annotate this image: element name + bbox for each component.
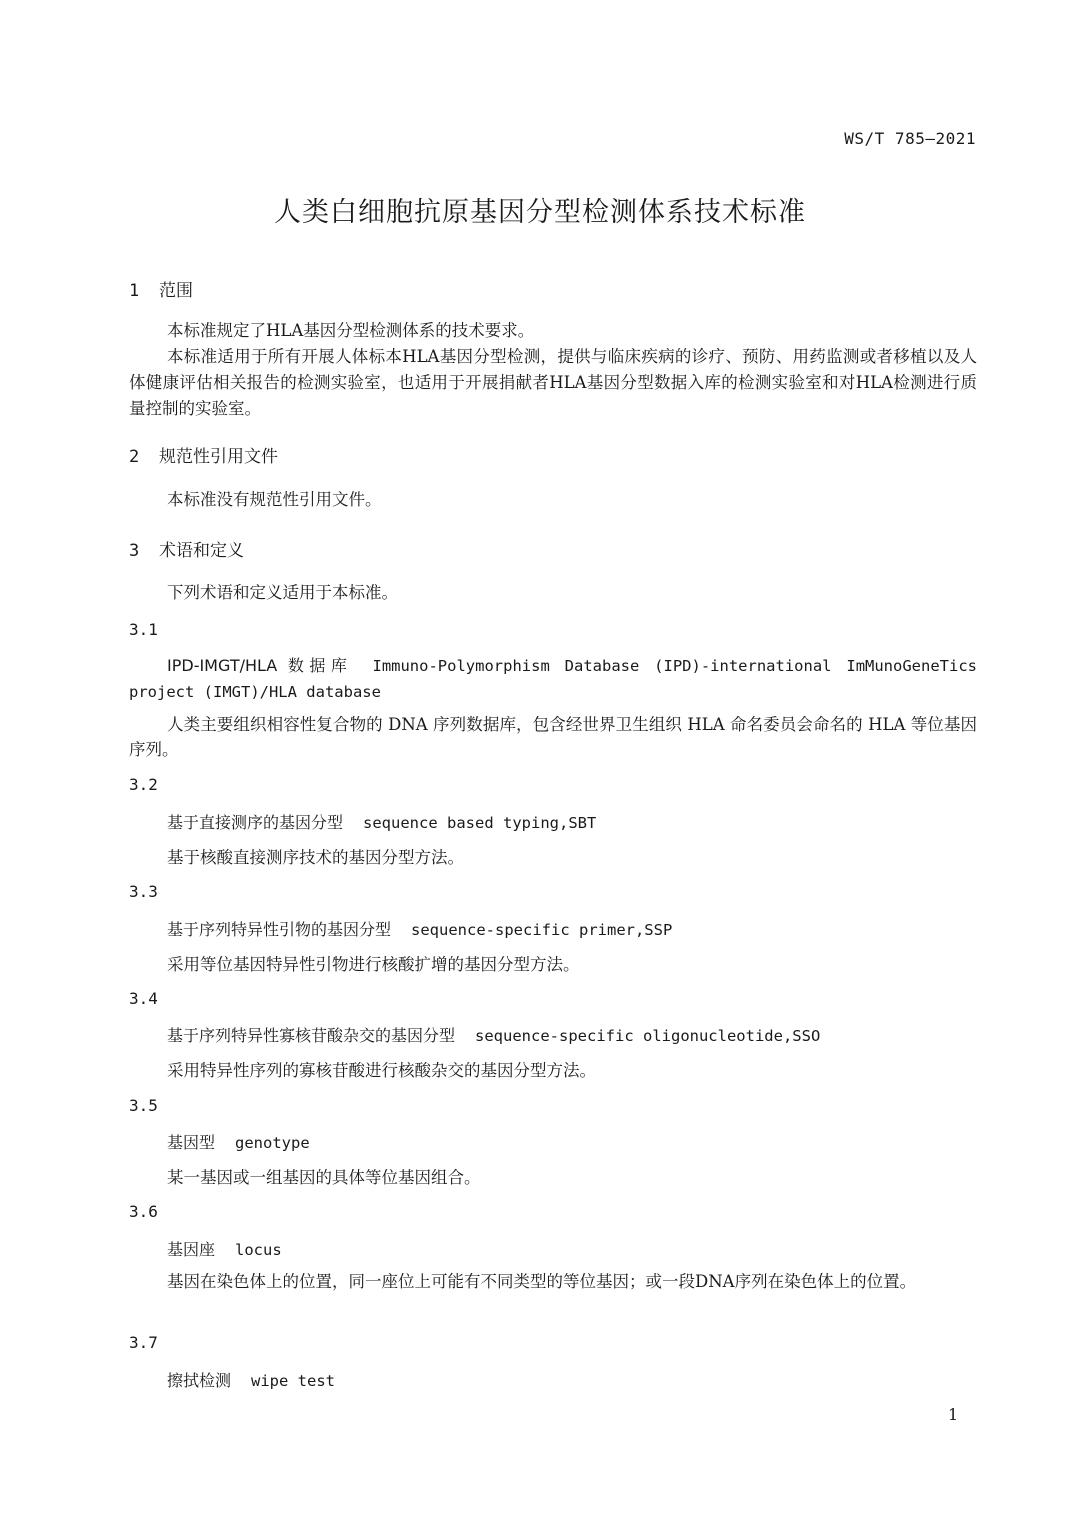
clause-number: 3.1 <box>129 620 158 639</box>
clause-number: 3.7 <box>129 1333 158 1352</box>
section-2-paragraph: 本标准没有规范性引用文件。 <box>129 487 977 512</box>
term-en: sequence-specific oligonucleotide,SSO <box>475 1027 820 1045</box>
section-2-heading: 2规范性引用文件 <box>129 442 278 467</box>
term-en: genotype <box>235 1134 310 1152</box>
term-zh: IPD-IMGT/HLA 数据库 <box>167 656 352 675</box>
section-number: 2 <box>129 447 159 467</box>
section-1-paragraph-1: 本标准规定了HLA基因分型检测体系的技术要求。 <box>129 318 977 343</box>
section-title: 范围 <box>159 281 193 301</box>
term-heading: 基因型genotype <box>167 1130 310 1153</box>
section-title: 规范性引用文件 <box>159 447 278 467</box>
term-en: locus <box>235 1241 282 1259</box>
clause-number: 3.2 <box>129 775 158 794</box>
term-zh: 基于序列特异性寡核苷酸杂交的基因分型 <box>167 1026 455 1045</box>
section-number: 1 <box>129 281 159 301</box>
term-en: sequence-specific primer,SSP <box>411 921 672 939</box>
term-heading: 基于序列特异性引物的基因分型sequence-specific primer,S… <box>167 917 672 940</box>
term-heading: 基于序列特异性寡核苷酸杂交的基因分型sequence-specific olig… <box>167 1023 820 1046</box>
term-heading: 基因座locus <box>167 1237 282 1260</box>
term-zh: 基因座 <box>167 1240 215 1259</box>
term-zh: 基于直接测序的基因分型 <box>167 813 343 832</box>
term-en: sequence based typing,SBT <box>363 814 596 832</box>
term-definition: 采用等位基因特异性引物进行核酸扩增的基因分型方法。 <box>167 952 580 977</box>
section-1-paragraph-2: 本标准适用于所有开展人体标本HLA基因分型检测，提供与临床疾病的诊疗、预防、用药… <box>129 344 977 422</box>
clause-number: 3.3 <box>129 882 158 901</box>
term-heading: 基于直接测序的基因分型sequence based typing,SBT <box>167 810 596 833</box>
clause-number: 3.5 <box>129 1096 158 1115</box>
section-number: 3 <box>129 541 159 561</box>
clause-number: 3.6 <box>129 1202 158 1221</box>
term-definition: 人类主要组织相容性复合物的 DNA 序列数据库，包含经世界卫生组织 HLA 命名… <box>129 712 977 762</box>
term-definition: 基因在染色体上的位置，同一座位上可能有不同类型的等位基因；或一段DNA序列在染色… <box>129 1269 977 1294</box>
standard-code: WS/T 785—2021 <box>844 129 976 148</box>
term-zh: 基于序列特异性引物的基因分型 <box>167 920 391 939</box>
term-heading: IPD-IMGT/HLA 数据库Immuno-Polymorphism Data… <box>129 653 977 705</box>
section-3-heading: 3术语和定义 <box>129 536 244 561</box>
term-definition: 基于核酸直接测序技术的基因分型方法。 <box>167 845 464 870</box>
section-title: 术语和定义 <box>159 541 244 561</box>
page-number: 1 <box>948 1405 958 1424</box>
term-zh: 擦拭检测 <box>167 1371 231 1390</box>
clause-number: 3.4 <box>129 989 158 1008</box>
document-page: WS/T 785—2021 人类白细胞抗原基因分型检测体系技术标准 1范围 本标… <box>0 0 1080 1527</box>
term-definition: 某一基因或一组基因的具体等位基因组合。 <box>167 1165 481 1190</box>
term-en: wipe test <box>251 1372 335 1390</box>
section-1-heading: 1范围 <box>129 276 193 301</box>
section-3-paragraph: 下列术语和定义适用于本标准。 <box>129 580 977 605</box>
term-heading: 擦拭检测wipe test <box>167 1368 335 1391</box>
document-title: 人类白细胞抗原基因分型检测体系技术标准 <box>0 190 1080 229</box>
term-zh: 基因型 <box>167 1133 215 1152</box>
term-definition: 采用特异性序列的寡核苷酸进行核酸杂交的基因分型方法。 <box>167 1058 596 1083</box>
